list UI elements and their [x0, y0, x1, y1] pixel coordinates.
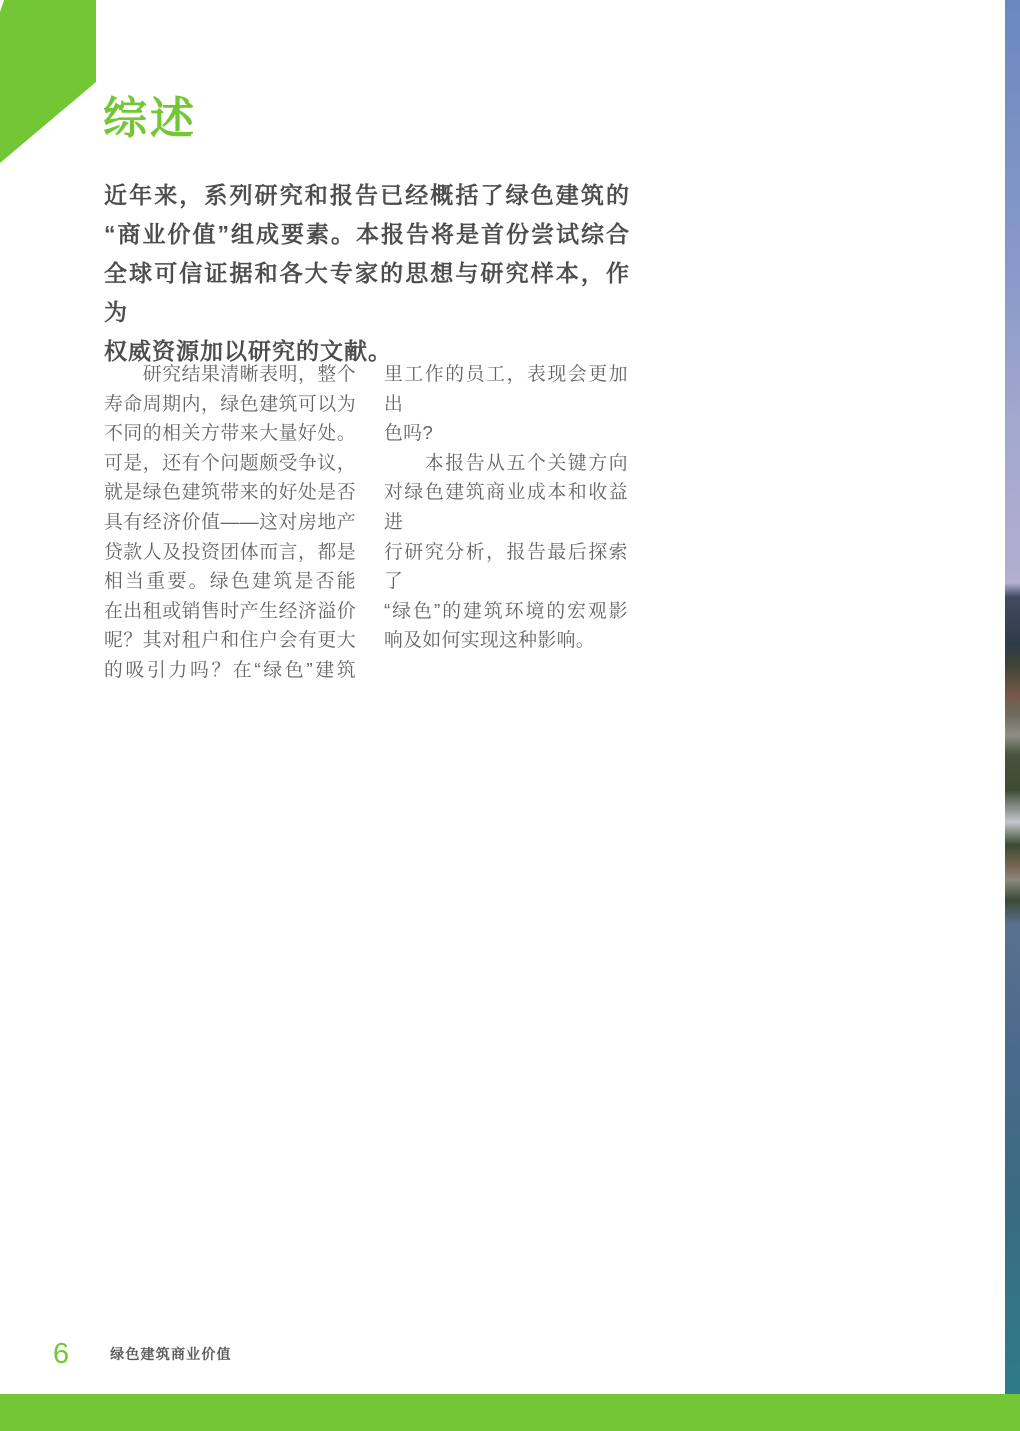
text-line: 近年来，系列研究和报告已经概括了绿色建筑的 [104, 176, 630, 215]
text-line: 的吸引力吗？在“绿色”建筑 [104, 655, 356, 685]
text-line: 不同的相关方带来大量好处。 [104, 418, 356, 448]
page-footer: 6 绿色建筑商业价值 [53, 1338, 232, 1370]
body-column-left: 研究结果清晰表明，整个寿命周期内，绿色建筑可以为不同的相关方带来大量好处。可是，… [104, 359, 356, 685]
text-line: 全球可信证据和各大专家的思想与研究样本，作为 [104, 254, 630, 332]
text-line: 行研究分析，报告最后探索了 [384, 537, 628, 596]
text-line: 本报告从五个关键方向 [384, 448, 628, 478]
body-column-right: 里工作的员工，表现会更加出色吗? 本报告从五个关键方向对绿色建筑商业成本和收益进… [384, 359, 628, 655]
text-line: 相当重要。绿色建筑是否能 [104, 566, 356, 596]
text-line: 响及如何实现这种影响。 [384, 625, 628, 655]
city-dusk-photo-strip [1005, 0, 1020, 1394]
footer-doc-title: 绿色建筑商业价值 [110, 1344, 232, 1364]
report-page: 综述 近年来，系列研究和报告已经概括了绿色建筑的“商业价值”组成要素。本报告将是… [0, 0, 1020, 1431]
text-line: 在出租或销售时产生经济溢价 [104, 596, 356, 626]
text-line: 可是，还有个问题颇受争议， [104, 448, 356, 478]
corner-ribbon-shape [0, 0, 96, 163]
text-line: 对绿色建筑商业成本和收益进 [384, 477, 628, 536]
text-line: 研究结果清晰表明，整个 [104, 359, 356, 389]
text-line: 具有经济价值——这对房地产 [104, 507, 356, 537]
text-line: 贷款人及投资团体而言，都是 [104, 537, 356, 567]
text-line: 就是绿色建筑带来的好处是否 [104, 477, 356, 507]
text-line: 色吗? [384, 418, 628, 448]
text-line: 呢？其对租户和住户会有更大 [104, 625, 356, 655]
page-number: 6 [53, 1338, 69, 1370]
text-line: 里工作的员工，表现会更加出 [384, 359, 628, 418]
text-line: “绿色”的建筑环境的宏观影 [384, 596, 628, 626]
intro-paragraph: 近年来，系列研究和报告已经概括了绿色建筑的“商业价值”组成要素。本报告将是首份尝… [104, 176, 630, 371]
text-line: 寿命周期内，绿色建筑可以为 [104, 389, 356, 419]
text-line: “商业价值”组成要素。本报告将是首份尝试综合 [104, 215, 630, 254]
bottom-green-bar [0, 1394, 1020, 1431]
page-heading: 综述 [103, 93, 197, 145]
